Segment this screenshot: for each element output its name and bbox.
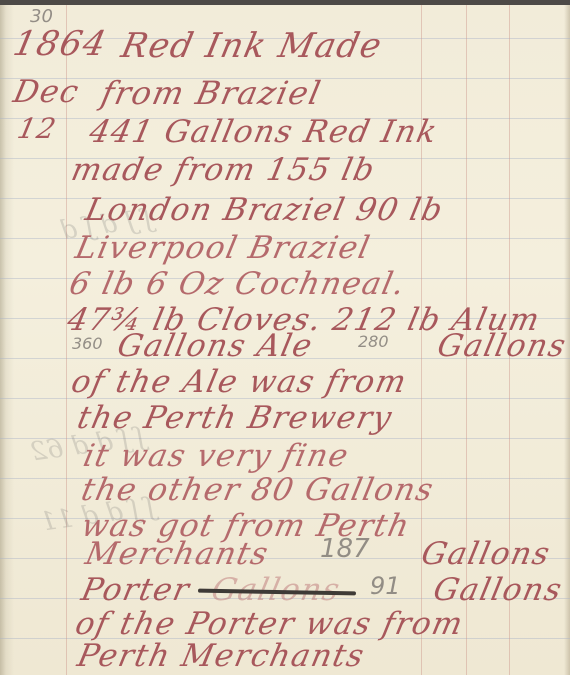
ledger-page: ʃ J d ʃ d ʃ ʃ d d 62 ʃ ʃ d d 11 30 360 2… — [0, 0, 570, 675]
pencil-porter-merchants: 91 — [370, 572, 401, 600]
page-top-edge — [0, 0, 570, 5]
entry-line: from Braziel — [98, 74, 325, 112]
entry-line: of the Porter was from — [72, 606, 467, 642]
entry-line: Porter — [78, 572, 193, 608]
entry-line: Perth Merchants — [74, 638, 368, 674]
entry-line: 441 Gallons Red Ink — [86, 114, 441, 150]
entry-line: made from 155 lb — [68, 152, 379, 188]
entry-line: the Perth Brewery — [74, 400, 396, 436]
entry-title: Red Ink Made — [118, 26, 387, 66]
entry-line: Gallons — [430, 572, 566, 608]
entry-line: Gallons Ale — [114, 328, 316, 364]
entry-line: Liverpool Braziel — [72, 230, 374, 266]
margin-month: Dec — [10, 74, 83, 110]
entry-line: Merchants — [82, 536, 272, 572]
margin-year: 1864 — [10, 24, 111, 64]
entry-line: the other 80 Gallons — [78, 472, 437, 508]
entry-line: Gallons — [418, 536, 554, 572]
entry-line: 6 lb 6 Oz Cochneal. — [66, 266, 409, 302]
entry-line: Gallons — [434, 328, 570, 364]
entry-line: London Braziel 90 lb — [82, 192, 447, 228]
entry-line: of the Ale was from — [68, 364, 410, 400]
column-rule — [421, 5, 422, 675]
entry-line: it was very fine — [80, 438, 352, 474]
margin-day: 12 — [14, 112, 60, 145]
